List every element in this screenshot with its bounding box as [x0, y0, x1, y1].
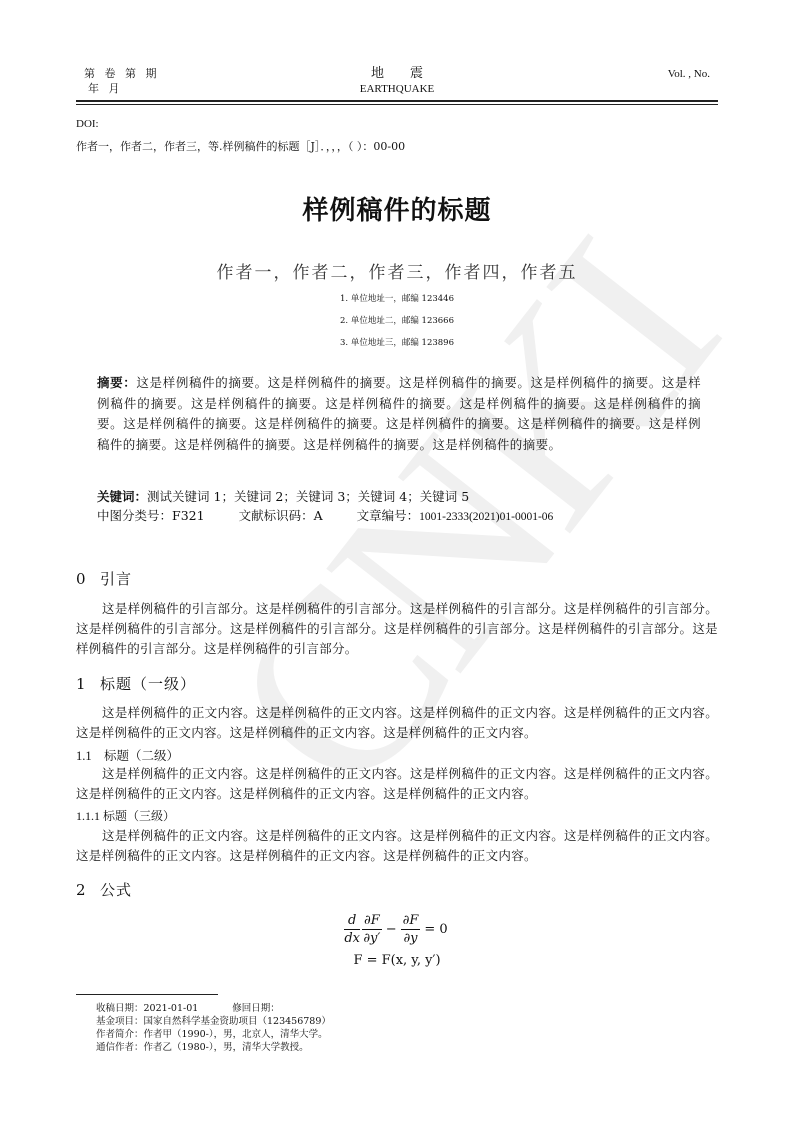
revised-label: 修回日期： — [232, 1003, 280, 1014]
journal-name-en: EARTHQUAKE — [76, 82, 718, 97]
section-heading-1-1-1: 1.1.1标题（三级） — [76, 807, 175, 824]
header-vol-no: Vol. , No. — [668, 67, 710, 82]
header-journal: 地震 EARTHQUAKE — [76, 66, 718, 97]
section-heading-1: 1标题（一级） — [76, 673, 196, 694]
clc-label: 中图分类号： — [97, 508, 172, 523]
abstract-text: 这是样例稿件的摘要。这是样例稿件的摘要。这是样例稿件的摘要。这是样例稿件的摘要。… — [97, 375, 701, 452]
document-page: CNKI 第 卷 第 期 年 月 地震 EARTHQUAKE Vol. , No… — [0, 0, 794, 1123]
classification-line: 中图分类号：F321文献标识码：A文章编号：1001-2333(2021)01-… — [97, 506, 553, 527]
section-title: 标题（二级） — [104, 748, 179, 763]
section-1-1-1-paragraph: 这是样例稿件的正文内容。这是样例稿件的正文内容。这是样例稿件的正文内容。这是样例… — [76, 826, 718, 866]
section-1-paragraph: 这是样例稿件的正文内容。这是样例稿件的正文内容。这是样例稿件的正文内容。这是样例… — [76, 703, 718, 743]
section-number: 1.1 — [76, 749, 104, 764]
abstract-label: 摘要： — [97, 375, 136, 390]
minus-sign: − — [386, 922, 397, 937]
header-double-rule — [76, 100, 718, 105]
keywords-text: 测试关键词 1；关键词 2；关键词 3；关键词 4；关键词 5 — [147, 489, 469, 504]
doc-code-value: A — [314, 508, 323, 523]
section-heading-2: 2公式 — [76, 879, 132, 900]
equation-rhs: = 0 — [424, 922, 447, 937]
article-title: 样例稿件的标题 — [0, 190, 794, 227]
running-header: 第 卷 第 期 年 月 地震 EARTHQUAKE Vol. , No. — [76, 66, 718, 102]
section-title: 引言 — [100, 570, 132, 588]
footnote-author-bio: 作者简介：作者甲（1990-），男，北京人，清华大学。 — [96, 1028, 331, 1041]
section-title: 标题（三级） — [103, 809, 175, 823]
affiliation-item: 3. 单位地址三，邮编 123896 — [0, 337, 794, 359]
keywords: 关键词：测试关键词 1；关键词 2；关键词 3；关键词 4；关键词 5 — [97, 487, 469, 506]
section-heading-1-1: 1.1标题（二级） — [76, 746, 179, 764]
section-number: 1 — [76, 675, 100, 693]
affiliation-item: 2. 单位地址二，邮编 123666 — [0, 315, 794, 337]
section-title: 公式 — [100, 881, 132, 899]
section-title: 标题（一级） — [100, 675, 196, 693]
article-no-label: 文章编号： — [357, 508, 420, 523]
citation-line: 作者一，作者二，作者三，等.样例稿件的标题［J］．，，，（ ）：00-00 — [76, 138, 405, 154]
fraction-dF-dyprime: ∂F∂y′ — [362, 912, 382, 947]
footnote-fund: 基金项目：国家自然科学基金资助项目（123456789） — [96, 1015, 331, 1028]
footnote-corresponding: 通信作者：作者乙（1980-），男，清华大学教授。 — [96, 1041, 331, 1054]
keywords-label: 关键词： — [97, 489, 147, 504]
section-number: 1.1.1 — [76, 809, 100, 823]
section-1-1-paragraph: 这是样例稿件的正文内容。这是样例稿件的正文内容。这是样例稿件的正文内容。这是样例… — [76, 764, 718, 804]
journal-name-zh: 地震 — [76, 66, 718, 82]
footnote-rule — [76, 994, 218, 995]
footnotes: 收稿日期：2021-01-01修回日期： 基金项目：国家自然科学基金资助项目（1… — [96, 1002, 331, 1054]
equation-2: F = F(x, y, y′) — [0, 953, 794, 968]
footnote-dates: 收稿日期：2021-01-01修回日期： — [96, 1002, 331, 1015]
fraction-d-dx: ddx — [344, 912, 360, 947]
fraction-dF-dy: ∂F∂y — [401, 912, 421, 947]
received-label: 收稿日期： — [96, 1003, 144, 1014]
doc-code-label: 文献标识码： — [239, 508, 314, 523]
section-heading-0: 0引言 — [76, 568, 132, 589]
section-number: 0 — [76, 570, 100, 588]
section-number: 2 — [76, 881, 100, 899]
abstract: 摘要：这是样例稿件的摘要。这是样例稿件的摘要。这是样例稿件的摘要。这是样例稿件的… — [97, 373, 701, 455]
section-0-paragraph: 这是样例稿件的引言部分。这是样例稿件的引言部分。这是样例稿件的引言部分。这是样例… — [76, 599, 718, 659]
affiliation-list: 1. 单位地址一，邮编 123446 2. 单位地址二，邮编 123666 3.… — [0, 293, 794, 359]
article-no-value: 1001-2333(2021)01-0001-06 — [419, 511, 553, 523]
equation-1: ddx∂F∂y′−∂F∂y= 0 — [0, 912, 794, 947]
author-list: 作者一，作者二，作者三，作者四，作者五 — [0, 258, 794, 283]
clc-value: F321 — [172, 508, 205, 523]
received-value: 2021-01-01 — [144, 1003, 199, 1014]
affiliation-item: 1. 单位地址一，邮编 123446 — [0, 293, 794, 315]
doi-label: DOI: — [76, 118, 99, 130]
